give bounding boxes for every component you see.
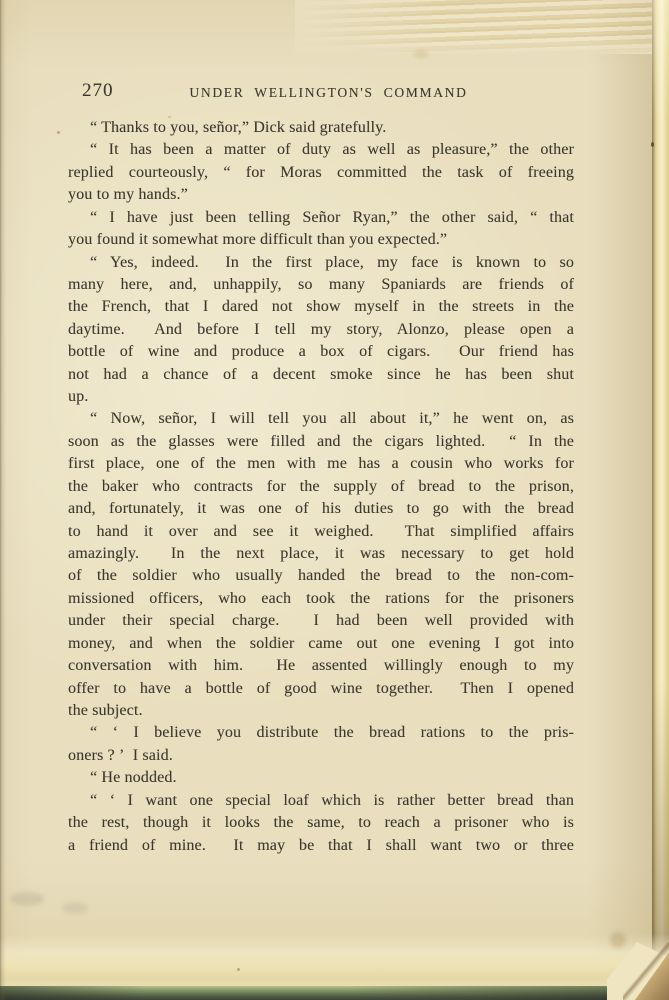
text-line: “ He nodded.	[68, 767, 574, 789]
text-line: replied courteously, “ for Moras committ…	[68, 162, 574, 184]
page-body: “ Thanks to you, señor,” Dick said grate…	[68, 117, 574, 857]
text-line: “ I have just been telling Señor Ryan,” …	[68, 207, 574, 229]
text-line: oners ? ’ I said.	[68, 745, 574, 767]
text-line: “ Thanks to you, señor,” Dick said grate…	[68, 117, 574, 139]
text-line: the French, that I dared not show myself…	[68, 296, 574, 318]
text-line: offer to have a bottle of good wine toge…	[68, 678, 574, 700]
text-line: the subject.	[68, 700, 574, 722]
text-line: bottle of wine and produce a box of ciga…	[68, 341, 574, 363]
text-line: missioned officers, who each took the ra…	[68, 588, 574, 610]
text-line: “ It has been a matter of duty as well a…	[68, 139, 574, 161]
text-line: not had a chance of a decent smoke since…	[68, 364, 574, 386]
text-line: soon as the glasses were filled and the …	[68, 431, 574, 453]
text-line: a friend of mine. It may be that I shall…	[68, 835, 574, 857]
text-line: you found it somewhat more difficult tha…	[68, 229, 574, 251]
text-line: “ Yes, indeed. In the first place, my fa…	[68, 252, 574, 274]
text-line: up.	[68, 386, 574, 408]
text-line: of the soldier who usually handed the br…	[68, 565, 574, 587]
text-line: “ ‘ I want one special loaf which is rat…	[68, 790, 574, 812]
text-line: to hand it over and see it weighed. That…	[68, 521, 574, 543]
text-line: amazingly. In the next place, it was nec…	[68, 543, 574, 565]
book-page-scan: 270 UNDER WELLINGTON'S COMMAND “ Thanks …	[0, 0, 669, 1000]
text-line: first place, one of the men with me has …	[68, 453, 574, 475]
text-line: the rest, though it looks the same, to r…	[68, 812, 574, 834]
text-line: many here, and, unhappily, so many Spani…	[68, 274, 574, 296]
text-line: conversation with him. He assented willi…	[68, 655, 574, 677]
text-line: you to my hands.”	[68, 184, 574, 206]
printed-content: 270 UNDER WELLINGTON'S COMMAND “ Thanks …	[0, 0, 669, 1000]
text-line: under their special charge. I had been w…	[68, 610, 574, 632]
text-line: money, and when the soldier came out one…	[68, 633, 574, 655]
text-line: “ ‘ I believe you distribute the bread r…	[68, 722, 574, 744]
text-line: “ Now, señor, I will tell you all about …	[68, 408, 574, 430]
text-line: daytime. And before I tell my story, Alo…	[68, 319, 574, 341]
text-line: the baker who contracts for the supply o…	[68, 476, 574, 498]
running-head: UNDER WELLINGTON'S COMMAND	[0, 85, 657, 101]
text-line: and, fortunately, it was one of his duti…	[68, 498, 574, 520]
